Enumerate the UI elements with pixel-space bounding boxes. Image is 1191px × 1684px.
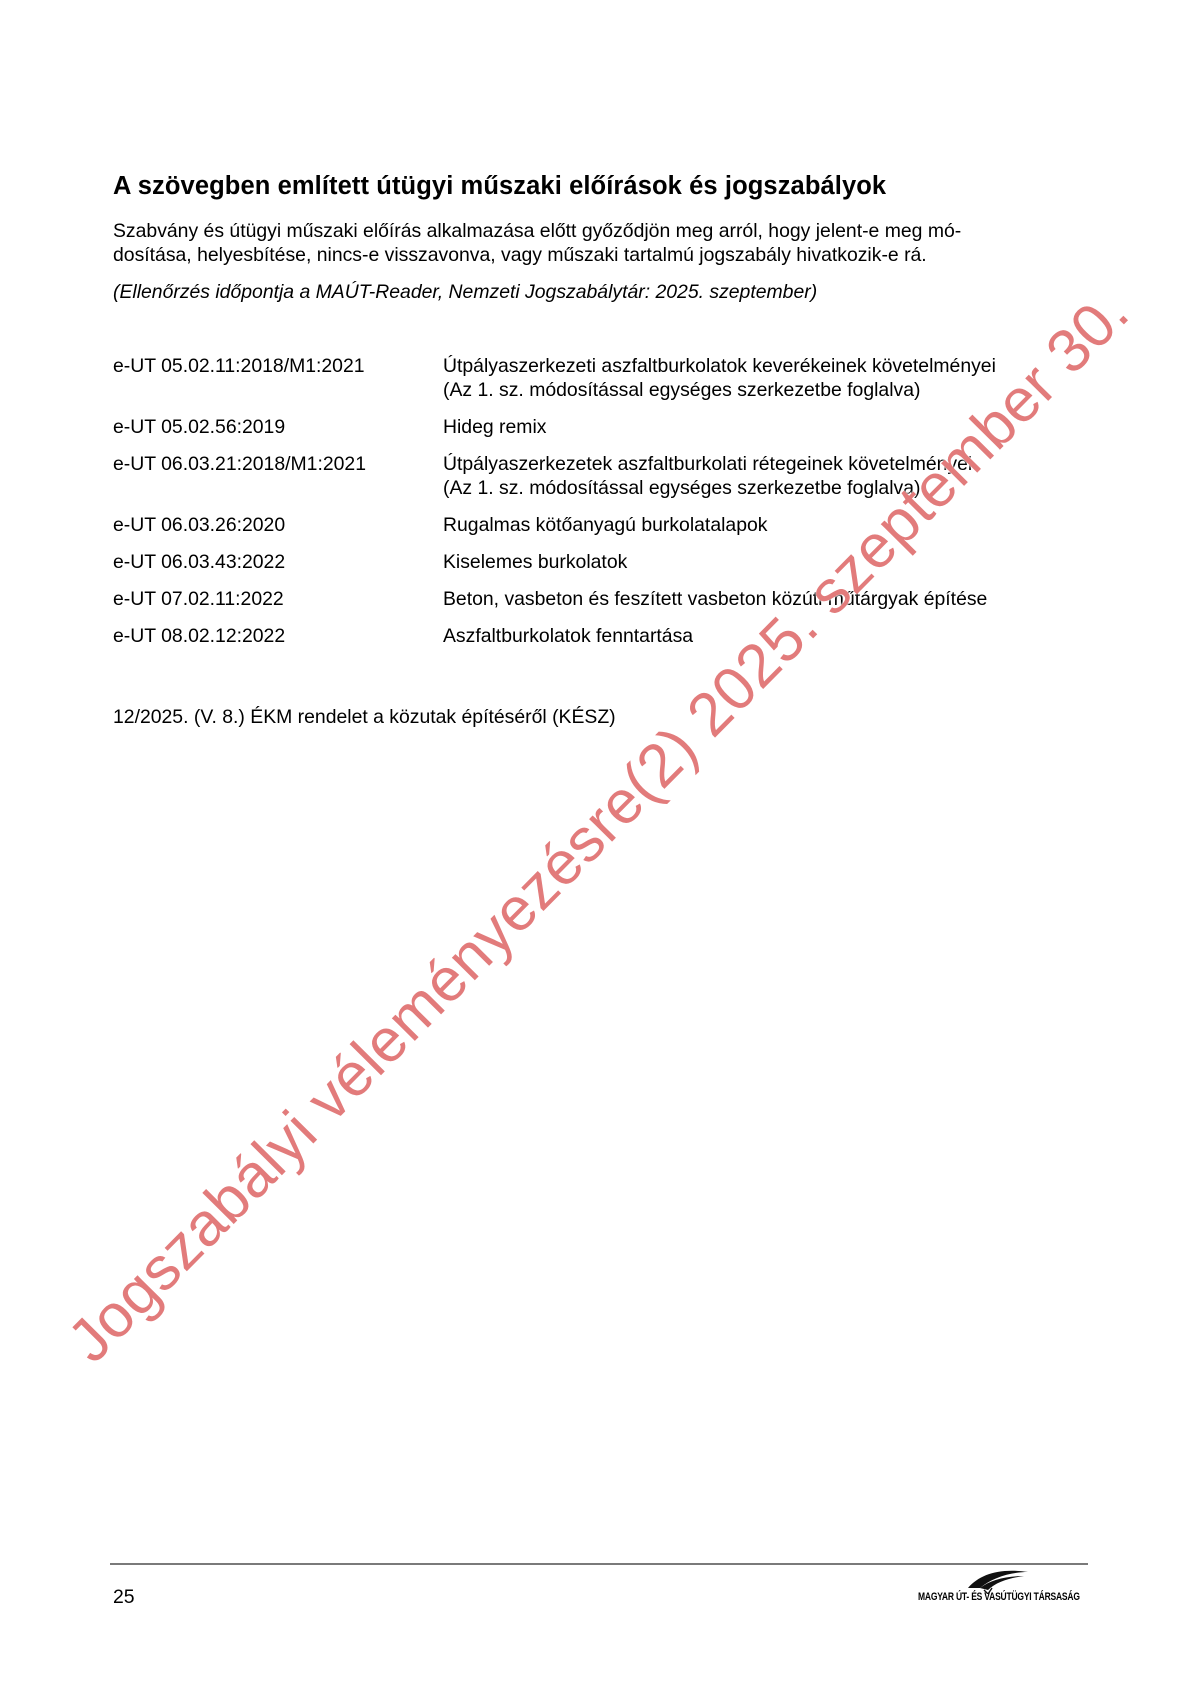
verification-note: (Ellenőrzés időpontja a MAÚT-Reader, Nem… bbox=[113, 281, 817, 304]
reference-title: Útpályaszerkezeti aszfaltburkolatok keve… bbox=[443, 354, 1093, 378]
reference-code: e-UT 06.03.21:2018/M1:2021 bbox=[113, 452, 443, 513]
reference-title: Beton, vasbeton és feszített vasbeton kö… bbox=[443, 587, 1093, 611]
reference-code: e-UT 06.03.43:2022 bbox=[113, 550, 443, 587]
intro-paragraph: Szabvány és útügyi műszaki előírás alkal… bbox=[113, 219, 1093, 267]
reference-title-cell: Útpályaszerkezeti aszfaltburkolatok keve… bbox=[443, 354, 1093, 415]
reference-title: Útpályaszerkezetek aszfaltburkolati réte… bbox=[443, 452, 1093, 476]
reference-row: e-UT 06.03.43:2022Kiselemes burkolatok bbox=[113, 550, 1093, 587]
intro-line-1: Szabvány és útügyi műszaki előírás alkal… bbox=[113, 219, 1093, 243]
intro-line-2: dosítása, helyesbítése, nincs-e visszavo… bbox=[113, 243, 1093, 267]
reference-title-cell: Útpályaszerkezetek aszfaltburkolati réte… bbox=[443, 452, 1093, 513]
reference-code: e-UT 05.02.56:2019 bbox=[113, 415, 443, 452]
reference-title: Hideg remix bbox=[443, 415, 1093, 439]
reference-title-cell: Aszfaltburkolatok fenntartása bbox=[443, 624, 1093, 661]
reference-title-cell: Rugalmas kötőanyagú burkolatalapok bbox=[443, 513, 1093, 550]
reference-row: e-UT 05.02.56:2019Hideg remix bbox=[113, 415, 1093, 452]
reference-subtitle: (Az 1. sz. módosítással egységes szerkez… bbox=[443, 378, 1093, 402]
reference-row: e-UT 07.02.11:2022Beton, vasbeton és fes… bbox=[113, 587, 1093, 624]
publisher-name: MAGYAR ÚT- ÉS VASÚTÜGYI TÁRSASÁG bbox=[918, 1590, 1080, 1603]
reference-code: e-UT 08.02.12:2022 bbox=[113, 624, 443, 661]
page-number: 25 bbox=[113, 1586, 135, 1609]
footer-divider bbox=[110, 1563, 1088, 1565]
reference-title: Kiselemes burkolatok bbox=[443, 550, 1093, 574]
reference-row: e-UT 06.03.21:2018/M1:2021Útpályaszerkez… bbox=[113, 452, 1093, 513]
reference-row: e-UT 05.02.11:2018/M1:2021Útpályaszerkez… bbox=[113, 354, 1093, 415]
reference-title: Rugalmas kötőanyagú burkolatalapok bbox=[443, 513, 1093, 537]
section-heading: A szövegben említett útügyi műszaki előí… bbox=[113, 172, 886, 201]
reference-row: e-UT 06.03.26:2020Rugalmas kötőanyagú bu… bbox=[113, 513, 1093, 550]
reference-title: Aszfaltburkolatok fenntartása bbox=[443, 624, 1093, 648]
reference-title-cell: Hideg remix bbox=[443, 415, 1093, 452]
reference-title-cell: Beton, vasbeton és feszített vasbeton kö… bbox=[443, 587, 1093, 624]
document-page: A szövegben említett útügyi műszaki előí… bbox=[0, 0, 1191, 1684]
reference-code: e-UT 05.02.11:2018/M1:2021 bbox=[113, 354, 443, 415]
reference-title-cell: Kiselemes burkolatok bbox=[443, 550, 1093, 587]
decree-reference: 12/2025. (V. 8.) ÉKM rendelet a közutak … bbox=[113, 706, 616, 729]
reference-code: e-UT 07.02.11:2022 bbox=[113, 587, 443, 624]
publisher-logo: MAGYAR ÚT- ÉS VASÚTÜGYI TÁRSASÁG bbox=[918, 1568, 1078, 1604]
references-table: e-UT 05.02.11:2018/M1:2021Útpályaszerkez… bbox=[113, 354, 1093, 661]
reference-subtitle: (Az 1. sz. módosítással egységes szerkez… bbox=[443, 476, 1093, 500]
reference-code: e-UT 06.03.26:2020 bbox=[113, 513, 443, 550]
reference-row: e-UT 08.02.12:2022Aszfaltburkolatok fenn… bbox=[113, 624, 1093, 661]
